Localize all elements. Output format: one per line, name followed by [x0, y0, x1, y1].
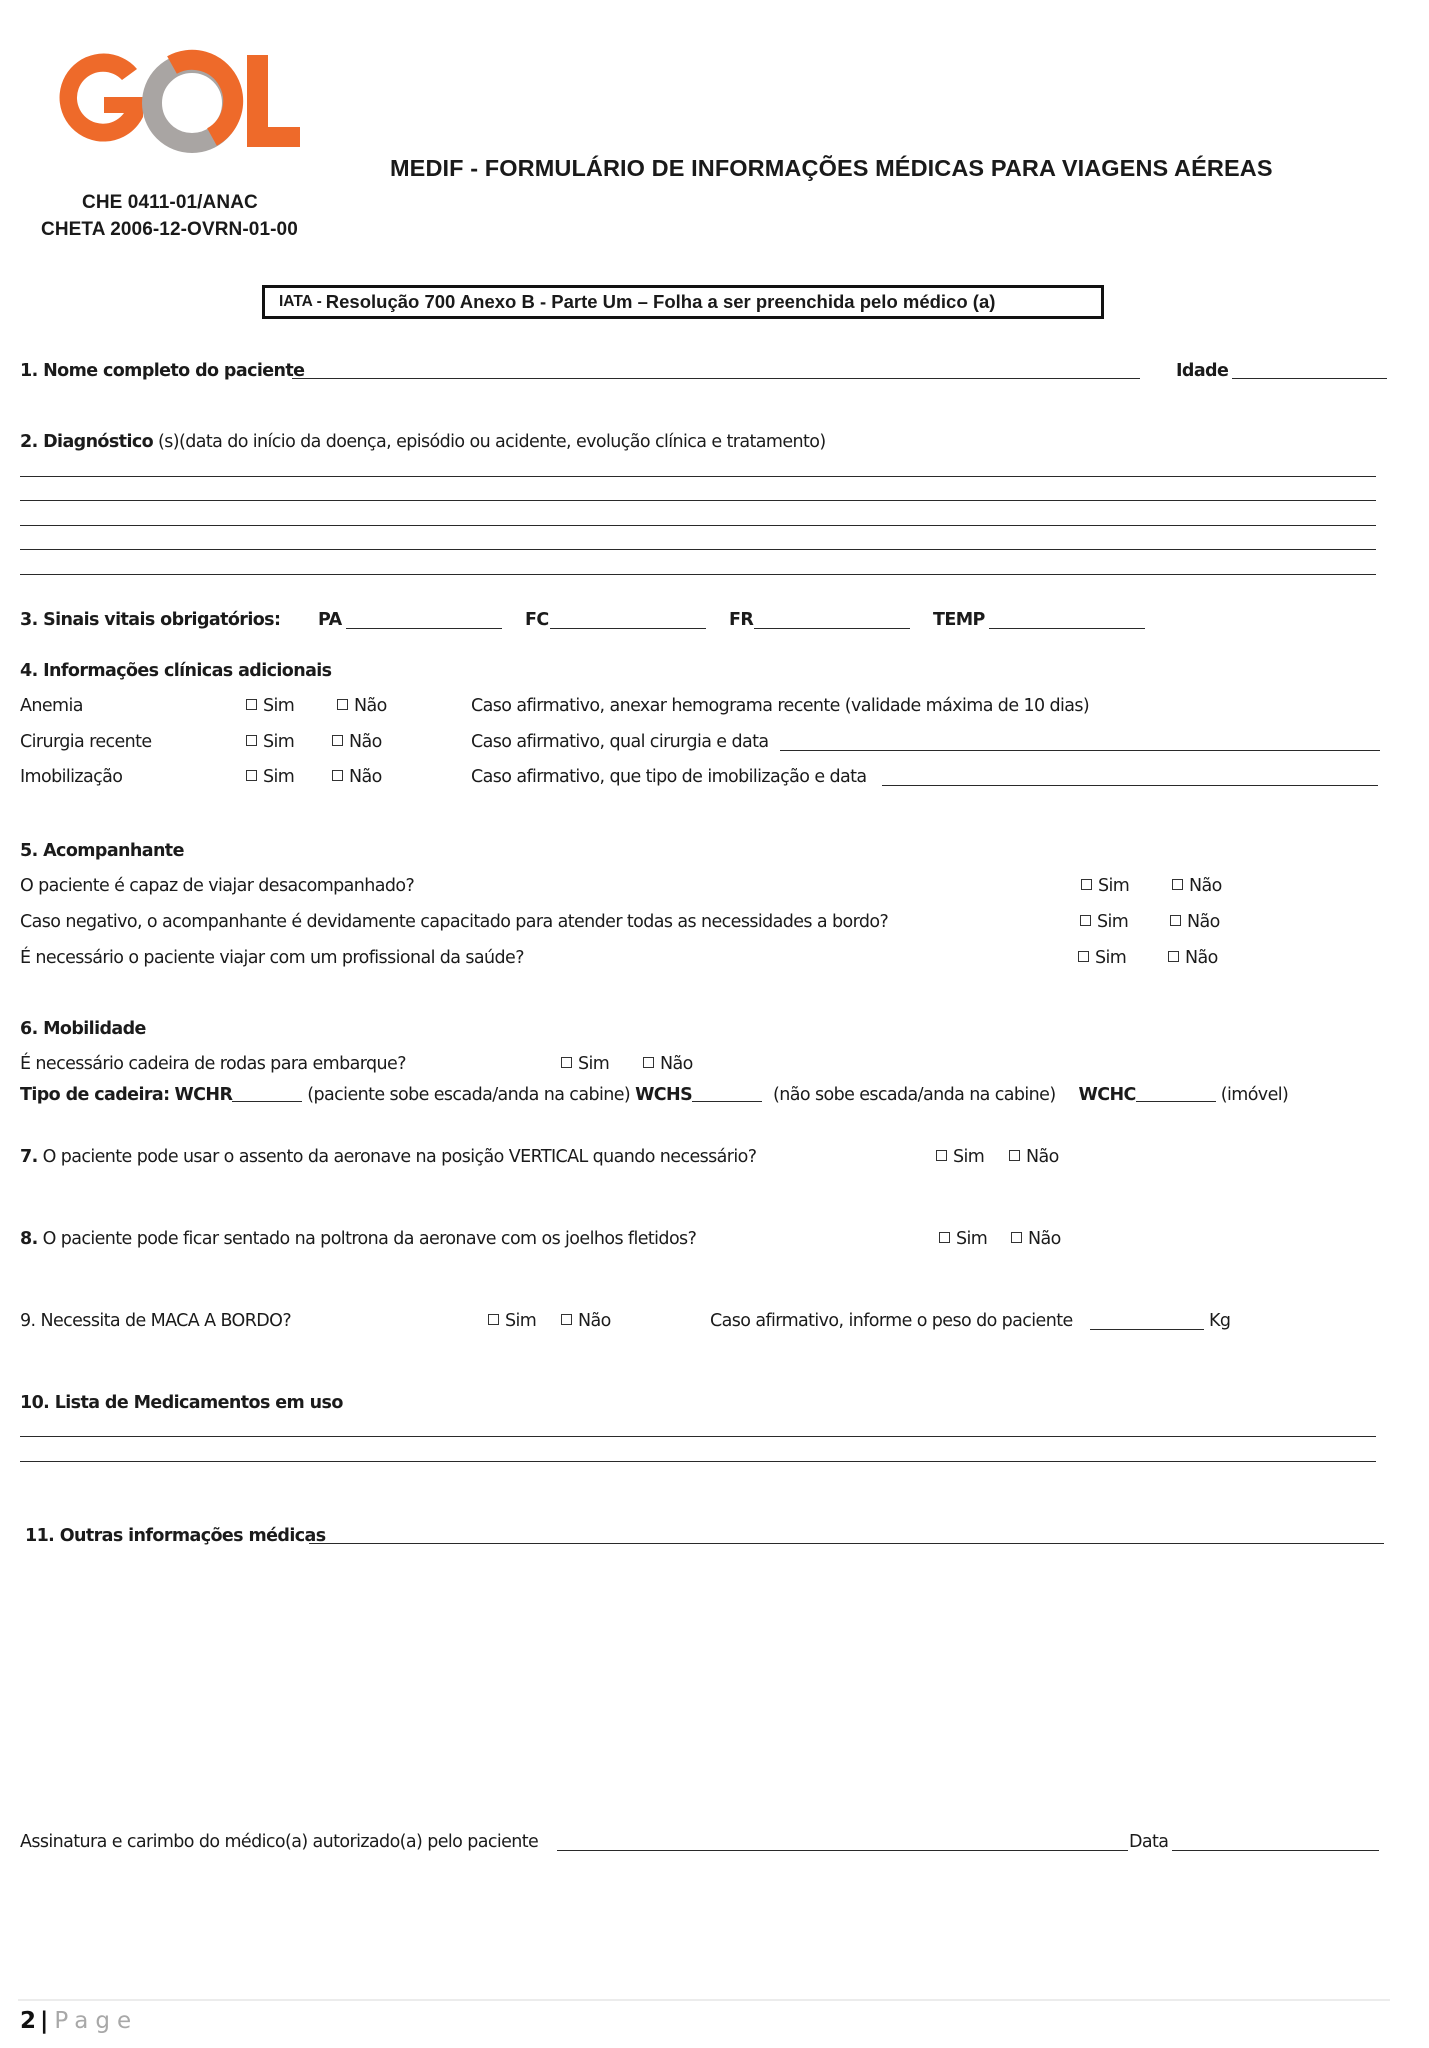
- chair-wchc-desc: (imóvel): [1221, 1085, 1288, 1105]
- checkbox-icon: [1011, 1232, 1022, 1243]
- page-number-value: 2: [20, 2008, 36, 2034]
- anemia-yes-checkbox[interactable]: Sim: [246, 696, 294, 716]
- diagnosis-line-2[interactable]: [20, 500, 1376, 501]
- option-label: Sim: [263, 732, 294, 752]
- diagnosis-line-5[interactable]: [20, 574, 1376, 575]
- date-label: Data: [1129, 1832, 1168, 1852]
- checkbox-icon: [246, 735, 257, 746]
- vital-signs-label: 3. Sinais vitais obrigatórios:: [20, 610, 280, 630]
- surgery-yes-checkbox[interactable]: Sim: [246, 732, 294, 752]
- clinical-info-label: 4. Informações clínicas adicionais: [20, 661, 332, 681]
- vital-fr-field[interactable]: [754, 628, 910, 629]
- page-word: Page: [54, 2008, 138, 2034]
- diagnosis-label-rest: (s)(data do início da doença, episódio o…: [153, 432, 826, 452]
- checkbox-icon: [488, 1314, 499, 1325]
- vertical-seat-question: 7. O paciente pode usar o assento da aer…: [20, 1147, 756, 1167]
- vital-pa-label: PA: [318, 610, 342, 630]
- companion-label: 5. Acompanhante: [20, 841, 184, 861]
- chair-wchr-field[interactable]: [232, 1087, 302, 1102]
- document-title: MEDIF - FORMULÁRIO DE INFORMAÇÕES MÉDICA…: [390, 155, 1273, 182]
- weight-unit: Kg: [1209, 1311, 1230, 1331]
- option-label: Sim: [956, 1229, 987, 1249]
- checkbox-icon: [643, 1057, 654, 1068]
- signature-label: Assinatura e carimbo do médico(a) autori…: [20, 1832, 538, 1852]
- checkbox-icon: [246, 699, 257, 710]
- vital-temp-field[interactable]: [989, 628, 1145, 629]
- companion-q2: Caso negativo, o acompanhante é devidame…: [20, 912, 888, 932]
- mobility-label: 6. Mobilidade: [20, 1019, 146, 1039]
- checkbox-icon: [1168, 951, 1179, 962]
- medications-line-1[interactable]: [20, 1436, 1376, 1437]
- surgery-label: Cirurgia recente: [20, 732, 152, 752]
- medications-label: 10. Lista de Medicamentos em uso: [20, 1393, 343, 1413]
- knees-flexed-question: 8. O paciente pode ficar sentado na polt…: [20, 1229, 696, 1249]
- surgery-note: Caso afirmativo, qual cirurgia e data: [471, 732, 768, 752]
- gol-logo: [42, 47, 300, 155]
- immobilization-label: Imobilização: [20, 767, 122, 787]
- signature-field[interactable]: [557, 1850, 1128, 1851]
- stretcher-yes-checkbox[interactable]: Sim: [488, 1311, 536, 1331]
- chair-wchs-desc: (não sobe escada/anda na cabine): [773, 1085, 1056, 1105]
- companion-q1-yes-checkbox[interactable]: Sim: [1081, 876, 1129, 896]
- question-text: O paciente pode usar o assento da aerona…: [38, 1147, 757, 1167]
- chair-type-label: Tipo de cadeira:: [20, 1085, 169, 1105]
- vital-fr-label: FR: [729, 610, 753, 630]
- patient-name-field[interactable]: [292, 378, 1140, 379]
- anemia-no-checkbox[interactable]: Não: [337, 696, 387, 716]
- option-label: Não: [1189, 876, 1222, 896]
- checkbox-icon: [1170, 915, 1181, 926]
- option-label: Não: [660, 1054, 693, 1074]
- patient-name-label: 1. Nome completo do paciente: [20, 361, 304, 381]
- option-label: Não: [1187, 912, 1220, 932]
- option-label: Sim: [1095, 948, 1126, 968]
- companion-q1-no-checkbox[interactable]: Não: [1172, 876, 1222, 896]
- checkbox-icon: [1080, 915, 1091, 926]
- footer-divider: [18, 1999, 1390, 2001]
- header-code-2: CHETA 2006-12-OVRN-01-00: [41, 219, 298, 241]
- diagnosis-line-3[interactable]: [20, 525, 1376, 526]
- vital-pa-field[interactable]: [346, 628, 502, 629]
- immobilization-no-checkbox[interactable]: Não: [332, 767, 382, 787]
- wheelchair-question: É necessário cadeira de rodas para embar…: [20, 1054, 406, 1074]
- option-label: Sim: [1098, 876, 1129, 896]
- checkbox-icon: [1009, 1150, 1020, 1161]
- chair-wchs-code: WCHS: [635, 1085, 692, 1105]
- checkbox-icon: [337, 699, 348, 710]
- patient-weight-field[interactable]: [1090, 1329, 1204, 1330]
- companion-q3-no-checkbox[interactable]: Não: [1168, 948, 1218, 968]
- checkbox-icon: [561, 1314, 572, 1325]
- option-label: Sim: [263, 696, 294, 716]
- option-label: Não: [578, 1311, 611, 1331]
- knees-flexed-no-checkbox[interactable]: Não: [1011, 1229, 1061, 1249]
- diagnosis-line-1[interactable]: [20, 476, 1376, 477]
- companion-q3-yes-checkbox[interactable]: Sim: [1078, 948, 1126, 968]
- checkbox-icon: [1172, 879, 1183, 890]
- page-number: 2|Page: [20, 2008, 138, 2034]
- surgery-no-checkbox[interactable]: Não: [332, 732, 382, 752]
- checkbox-icon: [936, 1150, 947, 1161]
- date-field[interactable]: [1172, 1850, 1379, 1851]
- companion-q3: É necessário o paciente viajar com um pr…: [20, 948, 524, 968]
- diagnosis-label-bold: 2. Diagnóstico: [20, 432, 153, 452]
- question-number: 7.: [20, 1147, 38, 1167]
- chair-wchr-desc: (paciente sobe escada/anda na cabine): [307, 1085, 630, 1105]
- option-label: Sim: [263, 767, 294, 787]
- option-label: Sim: [505, 1311, 536, 1331]
- vertical-seat-yes-checkbox[interactable]: Sim: [936, 1147, 984, 1167]
- anemia-label: Anemia: [20, 696, 83, 716]
- wheelchair-no-checkbox[interactable]: Não: [643, 1054, 693, 1074]
- question-number: 8.: [20, 1229, 38, 1249]
- other-info-label: 11. Outras informações médicas: [25, 1526, 326, 1546]
- chair-wchs-field[interactable]: [692, 1087, 762, 1102]
- stretcher-weight-note: Caso afirmativo, informe o peso do pacie…: [710, 1311, 1073, 1331]
- immobilization-note: Caso afirmativo, que tipo de imobilizaçã…: [471, 767, 867, 787]
- age-field[interactable]: [1232, 378, 1387, 379]
- vital-fc-field[interactable]: [550, 628, 706, 629]
- diagnosis-line-4[interactable]: [20, 549, 1376, 550]
- surgery-details-field[interactable]: [780, 750, 1380, 751]
- companion-q1: O paciente é capaz de viajar desacompanh…: [20, 876, 414, 896]
- stretcher-question: 9. Necessita de MACA A BORDO?: [20, 1311, 291, 1331]
- option-label: Não: [1028, 1229, 1061, 1249]
- page-separator: |: [40, 2008, 48, 2034]
- age-label: Idade: [1176, 361, 1228, 381]
- option-label: Não: [349, 732, 382, 752]
- question-text: O paciente pode ficar sentado na poltron…: [38, 1229, 697, 1249]
- chair-wchc-code: WCHC: [1079, 1085, 1136, 1105]
- knees-flexed-yes-checkbox[interactable]: Sim: [939, 1229, 987, 1249]
- option-label: Não: [1185, 948, 1218, 968]
- companion-q2-no-checkbox[interactable]: Não: [1170, 912, 1220, 932]
- header-code-1: CHE 0411-01/ANAC: [82, 192, 258, 214]
- option-label: Sim: [578, 1054, 609, 1074]
- chair-wchc-field[interactable]: [1136, 1087, 1216, 1102]
- medications-line-2[interactable]: [20, 1461, 1376, 1462]
- immobilization-details-field[interactable]: [882, 785, 1378, 786]
- checkbox-icon: [246, 770, 257, 781]
- checkbox-icon: [561, 1057, 572, 1068]
- anemia-note: Caso afirmativo, anexar hemograma recent…: [471, 696, 1089, 716]
- vital-fc-label: FC: [525, 610, 549, 630]
- gol-logo-graphic: [42, 47, 300, 155]
- option-label: Não: [354, 696, 387, 716]
- companion-q2-yes-checkbox[interactable]: Sim: [1080, 912, 1128, 932]
- stretcher-no-checkbox[interactable]: Não: [561, 1311, 611, 1331]
- checkbox-icon: [1081, 879, 1092, 890]
- checkbox-icon: [332, 735, 343, 746]
- checkbox-icon: [939, 1232, 950, 1243]
- option-label: Sim: [953, 1147, 984, 1167]
- chair-wchr-code: WCHR: [174, 1085, 232, 1105]
- iata-text: Resolução 700 Anexo B - Parte Um – Folha…: [326, 291, 996, 313]
- vertical-seat-no-checkbox[interactable]: Não: [1009, 1147, 1059, 1167]
- option-label: Sim: [1097, 912, 1128, 932]
- other-info-field[interactable]: [309, 1543, 1384, 1544]
- checkbox-icon: [332, 770, 343, 781]
- immobilization-yes-checkbox[interactable]: Sim: [246, 767, 294, 787]
- option-label: Não: [1026, 1147, 1059, 1167]
- iata-resolution-box: IATA - Resolução 700 Anexo B - Parte Um …: [262, 285, 1104, 319]
- diagnosis-label: 2. Diagnóstico (s)(data do início da doe…: [20, 432, 826, 452]
- wheelchair-yes-checkbox[interactable]: Sim: [561, 1054, 609, 1074]
- iata-prefix: IATA -: [279, 293, 322, 311]
- option-label: Não: [349, 767, 382, 787]
- checkbox-icon: [1078, 951, 1089, 962]
- vital-temp-label: TEMP: [933, 610, 985, 630]
- chair-type-row: Tipo de cadeira: WCHR (paciente sobe esc…: [20, 1085, 1288, 1105]
